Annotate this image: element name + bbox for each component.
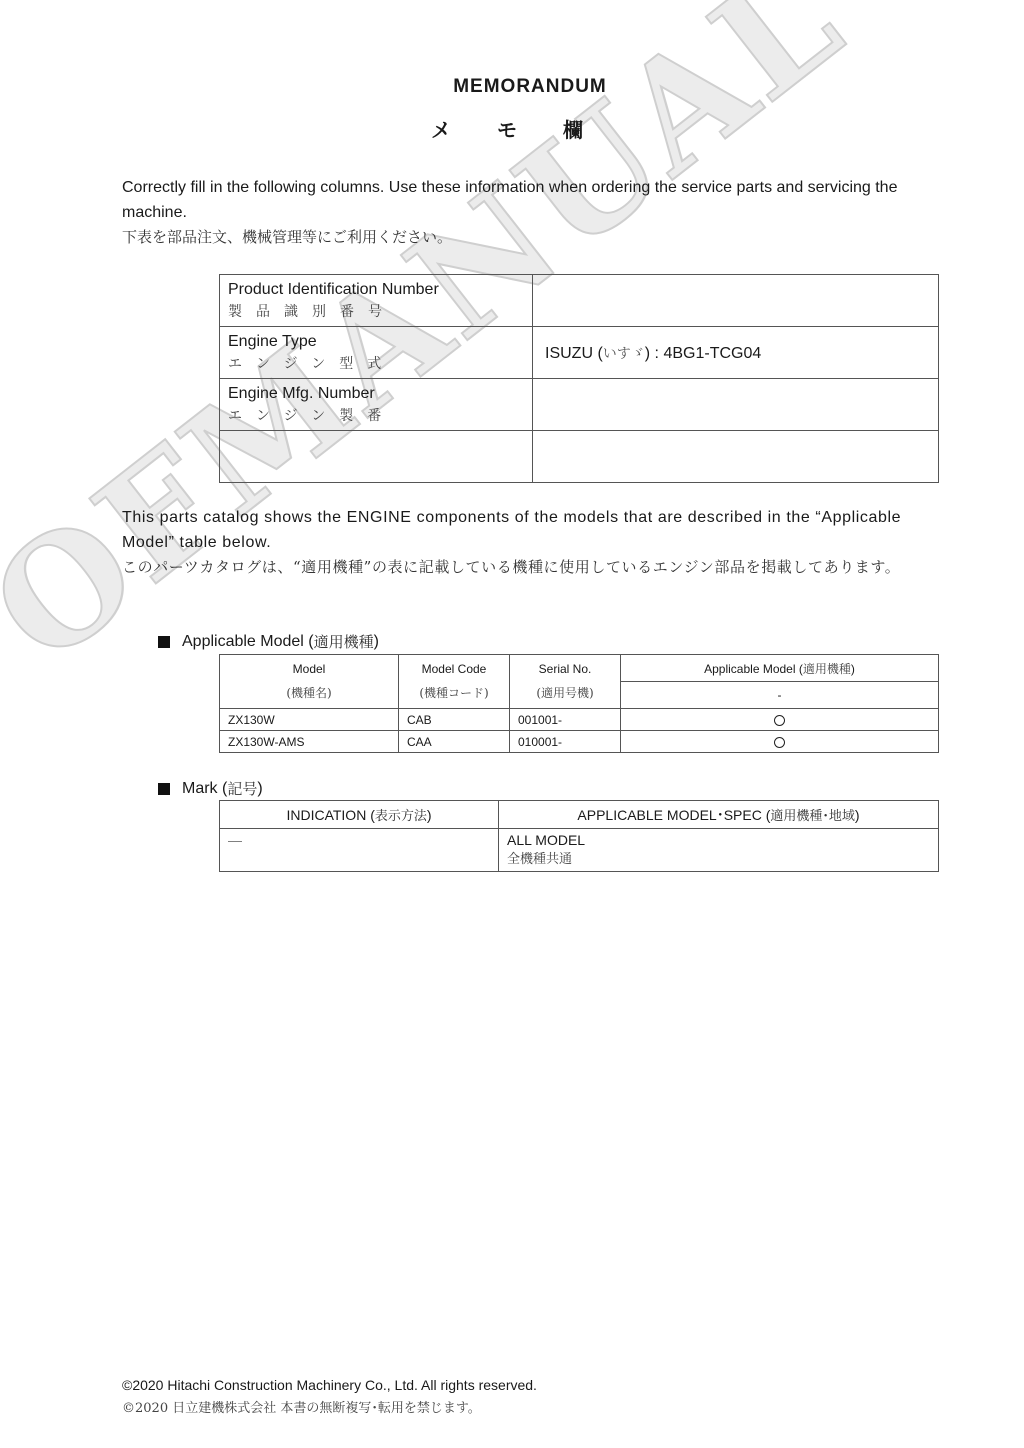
intro-jp: 下表を部品注文、機械管理等にご利用ください。 <box>122 225 952 250</box>
table-row: ZX130W CAB 001001- <box>220 709 939 731</box>
label-cell: Engine Mfg. Number エンジン製番 <box>220 379 533 431</box>
blank-field[interactable] <box>533 431 939 483</box>
circle-icon <box>774 715 785 726</box>
cell-applicable <box>621 731 939 753</box>
heading-tail: ) <box>257 780 262 798</box>
table-row: — ALL MODEL 全機種共通 <box>220 829 939 872</box>
cell-code: CAB <box>399 709 510 731</box>
cell-indication: — <box>220 829 499 872</box>
label-jp: 製品識別番号 <box>228 301 524 324</box>
label-cell[interactable] <box>220 431 533 483</box>
header-en: Model Code <box>400 662 508 676</box>
header-jp: (機種コード) <box>400 684 508 701</box>
label-cell: Product Identification Number 製品識別番号 <box>220 275 533 327</box>
header-jp: 表示方法 <box>375 809 427 824</box>
header-jp: (適用号機) <box>511 684 619 701</box>
heading-jp: 記号 <box>227 778 257 799</box>
column-subheader-applicable: - <box>621 682 939 709</box>
heading-en: Applicable Model ( <box>182 633 314 651</box>
intro-en: Correctly fill in the following columns.… <box>122 175 952 225</box>
column-header-model: Model (機種名) <box>220 655 399 709</box>
product-id-field[interactable] <box>533 275 939 327</box>
value-tail: ) : 4BG1-TCG04 <box>645 345 761 362</box>
applicable-model-heading: Applicable Model (適用機種) <box>158 631 379 652</box>
table-row <box>220 431 939 483</box>
heading-en: Mark ( <box>182 780 227 798</box>
catalog-note-en: This parts catalog shows the ENGINE comp… <box>122 505 952 555</box>
label-en: Product Identification Number <box>228 278 524 301</box>
label-cell: Engine Type エンジン型式 <box>220 327 533 379</box>
cell-spec: ALL MODEL 全機種共通 <box>499 829 939 872</box>
info-table: Product Identification Number 製品識別番号 Eng… <box>219 274 939 483</box>
column-header-spec: APPLICABLE MODEL･SPEC (適用機種･地域) <box>499 801 939 829</box>
table-header-row: INDICATION (表示方法) APPLICABLE MODEL･SPEC … <box>220 801 939 829</box>
page-subtitle: メモ欄 <box>0 114 1024 143</box>
header-tail: ) <box>855 807 860 823</box>
header-jp: (機種名) <box>221 684 397 701</box>
cell-serial: 001001- <box>510 709 621 731</box>
copyright-en: ©2020 Hitachi Construction Machinery Co.… <box>122 1377 537 1393</box>
table-row: Engine Mfg. Number エンジン製番 <box>220 379 939 431</box>
catalog-note: This parts catalog shows the ENGINE comp… <box>122 505 952 580</box>
heading-tail: ) <box>374 633 379 651</box>
column-header-applicable: Applicable Model (適用機種) <box>621 655 939 682</box>
value-en: ISUZU ( <box>545 345 603 362</box>
header-en: Model <box>221 662 397 676</box>
copyright-jp: ©2020 日立建機株式会社 本書の無断複写･転用を禁じます。 <box>122 1397 481 1416</box>
cell-serial: 010001- <box>510 731 621 753</box>
header-tail: ) <box>427 807 432 823</box>
table-row: Product Identification Number 製品識別番号 <box>220 275 939 327</box>
cell-model: ZX130W <box>220 709 399 731</box>
catalog-note-jp: このパーツカタログは、“適用機種”の表に記載している機種に使用しているエンジン部… <box>122 555 952 580</box>
cell-applicable <box>621 709 939 731</box>
column-header-model-code: Model Code (機種コード) <box>399 655 510 709</box>
cell-code: CAA <box>399 731 510 753</box>
bullet-square-icon <box>158 636 170 648</box>
engine-type-field[interactable]: ISUZU (いすゞ) : 4BG1-TCG04 <box>533 327 939 379</box>
table-row: Engine Type エンジン型式 ISUZU (いすゞ) : 4BG1-TC… <box>220 327 939 379</box>
label-jp: エンジン製番 <box>228 405 524 428</box>
header-jp: 適用機種･地域 <box>770 809 855 824</box>
label-en: Engine Type <box>228 330 524 353</box>
header-en: Serial No. <box>511 662 619 676</box>
circle-icon <box>774 737 785 748</box>
column-header-indication: INDICATION (表示方法) <box>220 801 499 829</box>
header-jp: 適用機種 <box>803 662 851 676</box>
cell-model: ZX130W-AMS <box>220 731 399 753</box>
column-header-serial: Serial No. (適用号機) <box>510 655 621 709</box>
intro-text: Correctly fill in the following columns.… <box>122 175 952 250</box>
spec-en: ALL MODEL <box>507 831 930 850</box>
header-en: Applicable Model ( <box>704 662 803 676</box>
table-header-row: Model (機種名) Model Code (機種コード) Serial No… <box>220 655 939 682</box>
mark-table: INDICATION (表示方法) APPLICABLE MODEL･SPEC … <box>219 800 939 872</box>
header-en: INDICATION ( <box>286 807 374 823</box>
bullet-square-icon <box>158 783 170 795</box>
heading-jp: 適用機種 <box>314 631 374 652</box>
header-tail: ) <box>851 662 855 676</box>
spec-jp: 全機種共通 <box>507 850 930 869</box>
table-row: ZX130W-AMS CAA 010001- <box>220 731 939 753</box>
applicable-model-table: Model (機種名) Model Code (機種コード) Serial No… <box>219 654 939 753</box>
header-en: APPLICABLE MODEL･SPEC ( <box>577 807 770 823</box>
value-jp: いすゞ <box>603 346 645 362</box>
label-jp: エンジン型式 <box>228 353 524 376</box>
label-en: Engine Mfg. Number <box>228 382 524 405</box>
engine-mfg-number-field[interactable] <box>533 379 939 431</box>
mark-heading: Mark (記号) <box>158 778 263 799</box>
page-title: MEMORANDUM <box>0 76 1024 98</box>
